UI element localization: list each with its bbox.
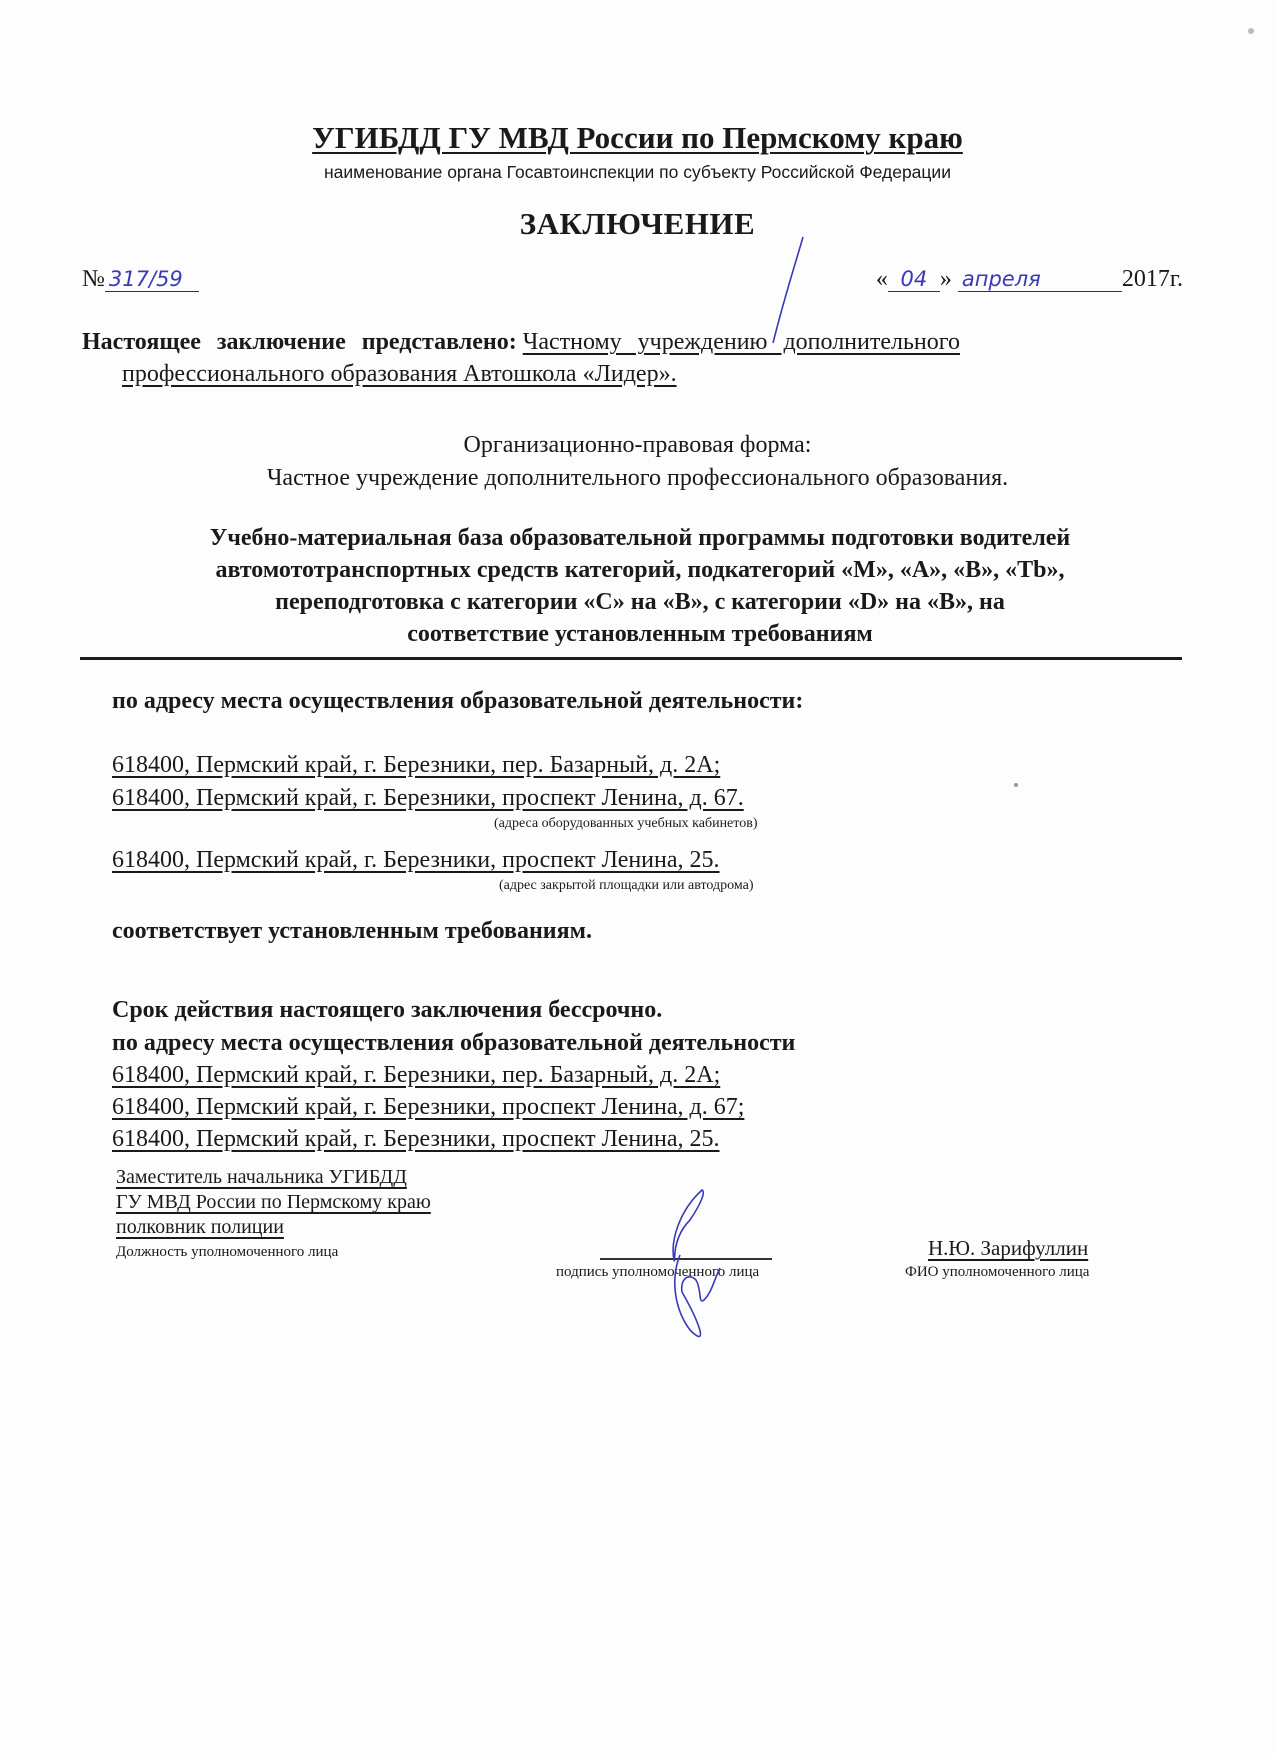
- handwritten-month: апреля: [958, 267, 1122, 292]
- driving-ground-address: 618400, Пермский край, г. Березники, про…: [112, 847, 720, 874]
- issuing-authority-text: УГИБДД ГУ МВД России по Пермскому краю: [312, 120, 963, 155]
- handwritten-number: 317/59: [105, 267, 199, 292]
- signatory-position: Заместитель начальника УГИБДД ГУ МВД Рос…: [116, 1165, 431, 1265]
- training-base-title-line: соответствие установленным требованиям: [90, 618, 1190, 650]
- document-page: УГИБДД ГУ МВД России по Пермскому краю н…: [0, 0, 1275, 1754]
- presented-to-label: Настоящее заключение представлено:: [82, 329, 517, 355]
- presented-to-value-line1: Частному учреждению дополнительного: [523, 329, 960, 355]
- training-base-title-line: автомототранспортных средств категорий, …: [90, 554, 1190, 586]
- handwritten-day: 04: [888, 267, 940, 292]
- date-year: 2017г.: [1122, 266, 1183, 292]
- issuing-authority-caption: наименование органа Госавтоинспекции по …: [0, 162, 1275, 183]
- addresses-heading: по адресу места осуществления образовате…: [112, 688, 803, 715]
- training-base-title-line: переподготовка с категории «С» на «В», с…: [90, 586, 1190, 618]
- quote-open: «: [876, 266, 888, 292]
- issuing-authority-name: УГИБДД ГУ МВД России по Пермскому краю: [0, 120, 1275, 156]
- scan-speck: [1014, 783, 1018, 787]
- quote-close: »: [940, 266, 952, 292]
- signatory-position-caption: Должность уполномоченного лица: [116, 1240, 431, 1265]
- training-base-title-line: Учебно-материальная база образовательной…: [90, 522, 1190, 554]
- section-divider: [80, 657, 1182, 660]
- scan-speck: [1248, 28, 1254, 34]
- validity-address: 618400, Пермский край, г. Березники, про…: [112, 1126, 720, 1153]
- validity-statement: Срок действия настоящего заключения бесс…: [112, 997, 662, 1024]
- validity-address: 618400, Пермский край, г. Березники, про…: [112, 1094, 744, 1121]
- document-date: «04» апреля2017г.: [876, 266, 1183, 293]
- driving-ground-caption: (адрес закрытой площадки или автодрома): [499, 878, 754, 894]
- validity-addresses-heading: по адресу места осуществления образовате…: [112, 1030, 795, 1057]
- conformity-statement: соответствует установленным требованиям.: [112, 918, 592, 945]
- document-title: ЗАКЛЮЧЕНИЕ: [0, 206, 1275, 242]
- signatory-position-line: ГУ МВД России по Пермскому краю: [116, 1190, 431, 1215]
- training-base-title: Учебно-материальная база образовательной…: [90, 522, 1190, 650]
- number-sign: №: [82, 266, 105, 292]
- document-number: №317/59: [82, 266, 199, 293]
- signatory-name: Н.Ю. Зарифуллин: [928, 1236, 1088, 1261]
- classroom-address: 618400, Пермский край, г. Березники, про…: [112, 785, 744, 812]
- presented-to-value-line2: профессионального образования Автошкола …: [122, 361, 677, 387]
- presented-to-block: Настоящее заключение представлено: Частн…: [82, 326, 1182, 390]
- org-form-label: Организационно-правовая форма:: [0, 432, 1275, 459]
- classroom-address: 618400, Пермский край, г. Березники, пер…: [112, 752, 720, 779]
- org-form-value: Частное учреждение дополнительного профе…: [0, 465, 1275, 492]
- signatory-position-line: Заместитель начальника УГИБДД: [116, 1165, 431, 1190]
- signatory-position-line: полковник полиции: [116, 1215, 431, 1240]
- validity-address: 618400, Пермский край, г. Березники, пер…: [112, 1062, 720, 1089]
- handwritten-signature: [640, 1180, 760, 1350]
- signatory-name-caption: ФИО уполномоченного лица: [905, 1264, 1089, 1281]
- classroom-addresses-caption: (адреса оборудованных учебных кабинетов): [494, 816, 757, 832]
